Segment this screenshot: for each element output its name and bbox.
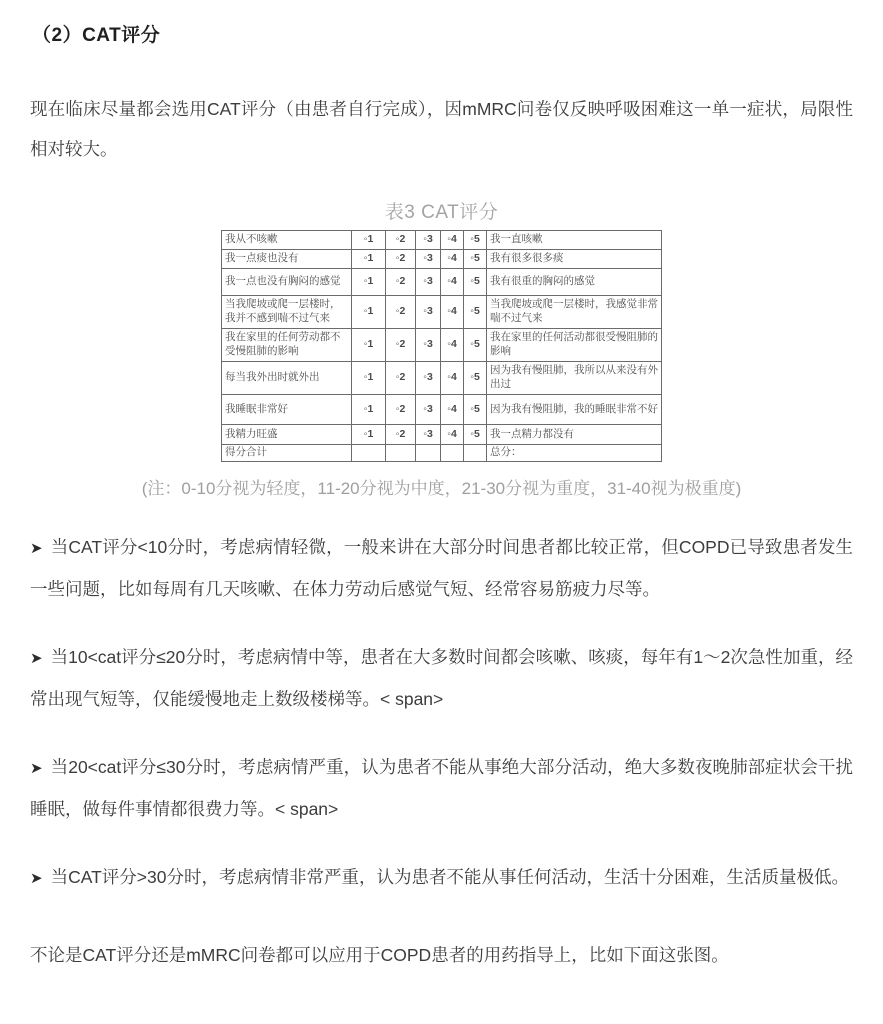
score-option-cell: ◦2: [386, 231, 416, 250]
article-page: （2）CAT评分 现在临床尽量都会选用CAT评分（由患者自行完成），因mMRC问…: [0, 0, 883, 975]
empty-score-cell: [352, 445, 386, 462]
score-option-cell: ◦2: [386, 425, 416, 445]
score-option-cell: ◦4: [441, 250, 464, 269]
table-row: 每当我外出时就外出 ◦1 ◦2 ◦3 ◦4 ◦5 因为我有慢阻肺，我所以从来没有…: [222, 362, 662, 395]
score-option-cell: ◦3: [416, 362, 441, 395]
section-heading: （2）CAT评分: [32, 20, 853, 47]
score-option-cell: ◦2: [386, 250, 416, 269]
score-option-cell: ◦4: [441, 362, 464, 395]
statement-right-cell: 我一直咳嗽: [487, 231, 662, 250]
arrow-bullet-icon: ➤: [30, 650, 43, 667]
score-option-cell: ◦1: [352, 250, 386, 269]
score-option-cell: ◦2: [386, 395, 416, 425]
arrow-bullet-icon: ➤: [30, 870, 43, 887]
bullet-text: 当10<cat评分≤20分时，考虑病情中等，患者在大多数时间都会咳嗽、咳痰，每年…: [30, 647, 853, 709]
empty-score-cell: [416, 445, 441, 462]
table-row: 我一点也没有胸闷的感觉 ◦1 ◦2 ◦3 ◦4 ◦5 我有很重的胸闷的感觉: [222, 269, 662, 296]
statement-right-cell: 我在家里的任何活动都很受慢阻肺的影响: [487, 329, 662, 362]
intro-paragraph: 现在临床尽量都会选用CAT评分（由患者自行完成），因mMRC问卷仅反映呼吸困难这…: [30, 89, 853, 169]
score-option-cell: ◦4: [441, 231, 464, 250]
score-option-cell: ◦3: [416, 231, 441, 250]
score-option-cell: ◦3: [416, 250, 441, 269]
score-option-cell: ◦5: [464, 329, 487, 362]
empty-score-cell: [386, 445, 416, 462]
score-option-cell: ◦4: [441, 425, 464, 445]
closing-paragraph: 不论是CAT评分还是mMRC问卷都可以应用于COPD患者的用药指导上，比如下面这…: [30, 935, 853, 975]
score-option-cell: ◦3: [416, 329, 441, 362]
bullet-text: 当CAT评分>30分时，考虑病情非常严重，认为患者不能从事任何活动，生活十分困难…: [51, 867, 849, 887]
bullet-paragraph: ➤当CAT评分>30分时，考虑病情非常严重，认为患者不能从事任何活动，生活十分困…: [30, 857, 853, 899]
table-caption: 表3 CAT评分: [30, 197, 853, 224]
bullet-paragraph: ➤当20<cat评分≤30分时，考虑病情严重，认为患者不能从事绝大部分活动，绝大…: [30, 747, 853, 829]
table-row: 得分合计 总分：: [222, 445, 662, 462]
score-option-cell: ◦5: [464, 250, 487, 269]
score-option-cell: ◦3: [416, 296, 441, 329]
statement-left-cell: 我睡眠非常好: [222, 395, 352, 425]
cat-table-body: 我从不咳嗽 ◦1 ◦2 ◦3 ◦4 ◦5 我一直咳嗽 我一点痰也没有 ◦1 ◦2…: [222, 231, 662, 462]
score-option-cell: ◦5: [464, 231, 487, 250]
statement-right-cell: 因为我有慢阻肺，我所以从来没有外出过: [487, 362, 662, 395]
statement-left-cell: 我一点痰也没有: [222, 250, 352, 269]
bullet-text: 当CAT评分<10分时，考虑病情轻微，一般来讲在大部分时间患者都比较正常，但CO…: [30, 537, 853, 599]
score-option-cell: ◦5: [464, 296, 487, 329]
bullet-paragraph: ➤当10<cat评分≤20分时，考虑病情中等，患者在大多数时间都会咳嗽、咳痰，每…: [30, 637, 853, 719]
score-option-cell: ◦3: [416, 269, 441, 296]
empty-score-cell: [464, 445, 487, 462]
score-option-cell: ◦2: [386, 329, 416, 362]
statement-right-cell: 当我爬坡或爬一层楼时，我感觉非常喘不过气来: [487, 296, 662, 329]
score-option-cell: ◦1: [352, 329, 386, 362]
statement-left-cell: 每当我外出时就外出: [222, 362, 352, 395]
score-option-cell: ◦4: [441, 296, 464, 329]
score-option-cell: ◦2: [386, 296, 416, 329]
score-option-cell: ◦1: [352, 231, 386, 250]
table-row: 我从不咳嗽 ◦1 ◦2 ◦3 ◦4 ◦5 我一直咳嗽: [222, 231, 662, 250]
total-score-cell: 总分：: [487, 445, 662, 462]
bullet-text: 当20<cat评分≤30分时，考虑病情严重，认为患者不能从事绝大部分活动，绝大多…: [30, 757, 853, 819]
score-option-cell: ◦4: [441, 329, 464, 362]
score-option-cell: ◦5: [464, 269, 487, 296]
statement-right-cell: 因为我有慢阻肺，我的睡眠非常不好: [487, 395, 662, 425]
empty-score-cell: [441, 445, 464, 462]
score-note: (注：0-10分视为轻度，11-20分视为中度，21-30分视为重度，31-40…: [30, 474, 853, 499]
statement-right-cell: 我有很重的胸闷的感觉: [487, 269, 662, 296]
score-option-cell: ◦1: [352, 362, 386, 395]
table-row: 我睡眠非常好 ◦1 ◦2 ◦3 ◦4 ◦5 因为我有慢阻肺，我的睡眠非常不好: [222, 395, 662, 425]
statement-left-cell: 我精力旺盛: [222, 425, 352, 445]
statement-left-cell: 我从不咳嗽: [222, 231, 352, 250]
arrow-bullet-icon: ➤: [30, 540, 43, 557]
table-row: 我精力旺盛 ◦1 ◦2 ◦3 ◦4 ◦5 我一点精力都没有: [222, 425, 662, 445]
total-label-cell: 得分合计: [222, 445, 352, 462]
score-option-cell: ◦1: [352, 269, 386, 296]
table-row: 我一点痰也没有 ◦1 ◦2 ◦3 ◦4 ◦5 我有很多很多痰: [222, 250, 662, 269]
score-option-cell: ◦3: [416, 425, 441, 445]
score-option-cell: ◦3: [416, 395, 441, 425]
score-option-cell: ◦2: [386, 269, 416, 296]
statement-right-cell: 我有很多很多痰: [487, 250, 662, 269]
statement-left-cell: 我一点也没有胸闷的感觉: [222, 269, 352, 296]
score-option-cell: ◦2: [386, 362, 416, 395]
arrow-bullet-icon: ➤: [30, 760, 43, 777]
bullet-paragraph: ➤当CAT评分<10分时，考虑病情轻微，一般来讲在大部分时间患者都比较正常，但C…: [30, 527, 853, 609]
statement-right-cell: 我一点精力都没有: [487, 425, 662, 445]
score-option-cell: ◦4: [441, 269, 464, 296]
score-option-cell: ◦5: [464, 425, 487, 445]
score-option-cell: ◦1: [352, 425, 386, 445]
statement-left-cell: 当我爬坡或爬一层楼时，我并不感到喘不过气来: [222, 296, 352, 329]
score-option-cell: ◦1: [352, 296, 386, 329]
score-option-cell: ◦5: [464, 395, 487, 425]
statement-left-cell: 我在家里的任何劳动都不受慢阻肺的影响: [222, 329, 352, 362]
score-option-cell: ◦4: [441, 395, 464, 425]
score-option-cell: ◦5: [464, 362, 487, 395]
cat-score-table: 我从不咳嗽 ◦1 ◦2 ◦3 ◦4 ◦5 我一直咳嗽 我一点痰也没有 ◦1 ◦2…: [221, 230, 662, 462]
score-option-cell: ◦1: [352, 395, 386, 425]
table-row: 当我爬坡或爬一层楼时，我并不感到喘不过气来 ◦1 ◦2 ◦3 ◦4 ◦5 当我爬…: [222, 296, 662, 329]
table-row: 我在家里的任何劳动都不受慢阻肺的影响 ◦1 ◦2 ◦3 ◦4 ◦5 我在家里的任…: [222, 329, 662, 362]
